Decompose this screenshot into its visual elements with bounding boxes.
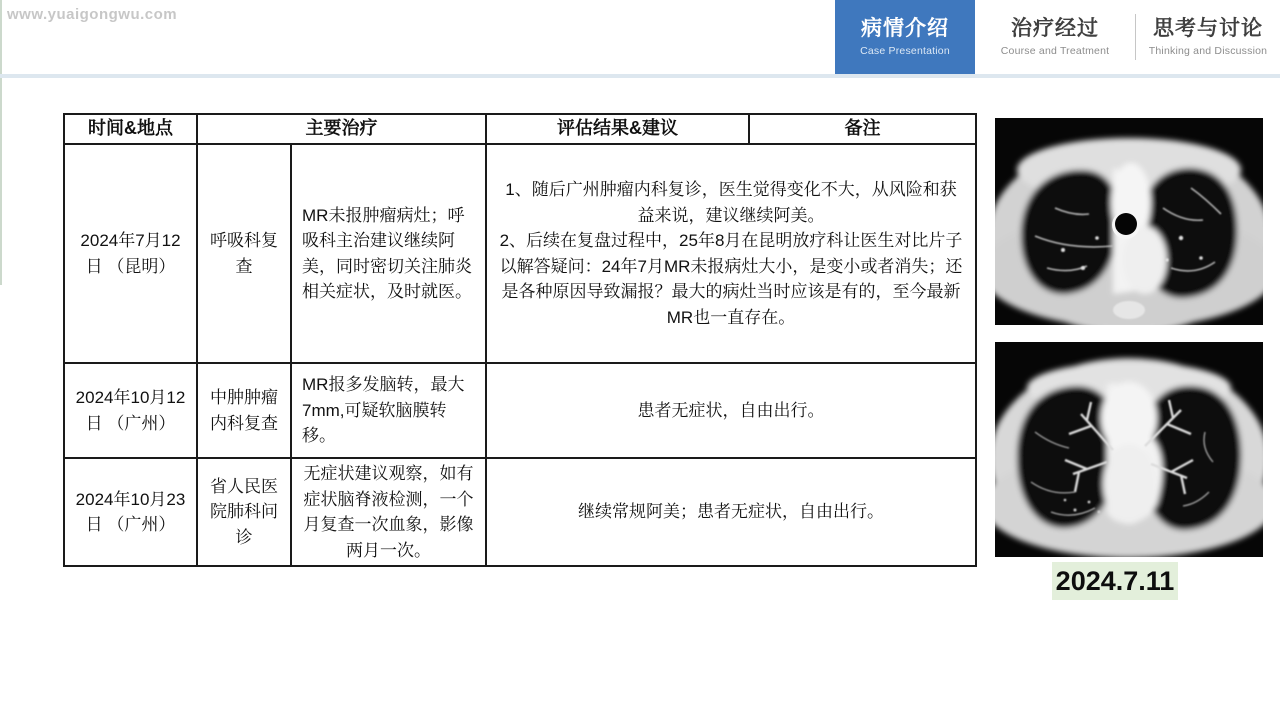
tab-case-presentation[interactable]: 病情介绍 Case Presentation (835, 0, 975, 74)
ct-scan-image-upper (995, 118, 1263, 325)
cell-treatment: MR未报肿瘤病灶；呼吸科主治建议继续阿美，同时密切关注肺炎相关症状，及时就医。 (291, 144, 486, 363)
col-header-time-place: 时间&地点 (64, 114, 197, 144)
cell-time-place: 2024年10月23日 （广州） (64, 458, 197, 566)
tab-label: 思考与讨论 (1153, 17, 1263, 41)
tab-thinking-discussion[interactable]: 思考与讨论 Thinking and Discussion (1136, 0, 1280, 74)
cell-department: 中肿肿瘤内科复查 (197, 363, 291, 458)
ct-scan-1-graphic (995, 118, 1263, 325)
ct-date-caption: 2024.7.11 (1052, 562, 1178, 600)
cell-evaluation: 患者无症状，自由出行。 (486, 363, 976, 458)
treatment-timeline-table: 时间&地点 主要治疗 评估结果&建议 备注 2024年7月12日 （昆明） 呼吸… (63, 113, 977, 567)
cell-treatment: MR报多发脑转，最大7mm,可疑软脑膜转移。 (291, 363, 486, 458)
tab-course-treatment[interactable]: 治疗经过 Course and Treatment (975, 0, 1135, 74)
col-header-evaluation: 评估结果&建议 (486, 114, 749, 144)
ct-scan-2-graphic (995, 342, 1263, 557)
tab-sublabel: Thinking and Discussion (1149, 45, 1267, 57)
slide-tabbar: 病情介绍 Case Presentation 治疗经过 Course and T… (835, 0, 1280, 74)
ct-scan-image-lower (995, 342, 1263, 557)
cell-evaluation: 继续常规阿美；患者无症状，自由出行。 (486, 458, 976, 566)
left-edge-accent (0, 0, 2, 285)
table-header-row: 时间&地点 主要治疗 评估结果&建议 备注 (64, 114, 976, 144)
tab-label: 治疗经过 (1011, 17, 1099, 41)
tab-sublabel: Course and Treatment (1001, 45, 1109, 57)
cell-time-place: 2024年10月12日 （广州） (64, 363, 197, 458)
cell-time-place: 2024年7月12日 （昆明） (64, 144, 197, 363)
cell-department: 呼吸科复查 (197, 144, 291, 363)
tab-sublabel: Case Presentation (860, 45, 950, 57)
watermark: www.yuaigongwu.com (7, 6, 177, 23)
header-divider-line (0, 74, 1280, 78)
table-row: 2024年10月12日 （广州） 中肿肿瘤内科复查 MR报多发脑转，最大7mm,… (64, 363, 976, 458)
cell-department: 省人民医院肺科问诊 (197, 458, 291, 566)
table-row: 2024年10月23日 （广州） 省人民医院肺科问诊 无症状建议观察，如有症状脑… (64, 458, 976, 566)
col-header-main-treatment: 主要治疗 (197, 114, 486, 144)
tab-label: 病情介绍 (861, 17, 949, 41)
cell-evaluation: 1、随后广州肿瘤内科复诊，医生觉得变化不大，从风险和获益来说，建议继续阿美。 2… (486, 144, 976, 363)
table-row: 2024年7月12日 （昆明） 呼吸科复查 MR未报肿瘤病灶；呼吸科主治建议继续… (64, 144, 976, 363)
cell-treatment: 无症状建议观察，如有症状脑脊液检测，一个月复查一次血象，影像两月一次。 (291, 458, 486, 566)
col-header-remarks: 备注 (749, 114, 976, 144)
